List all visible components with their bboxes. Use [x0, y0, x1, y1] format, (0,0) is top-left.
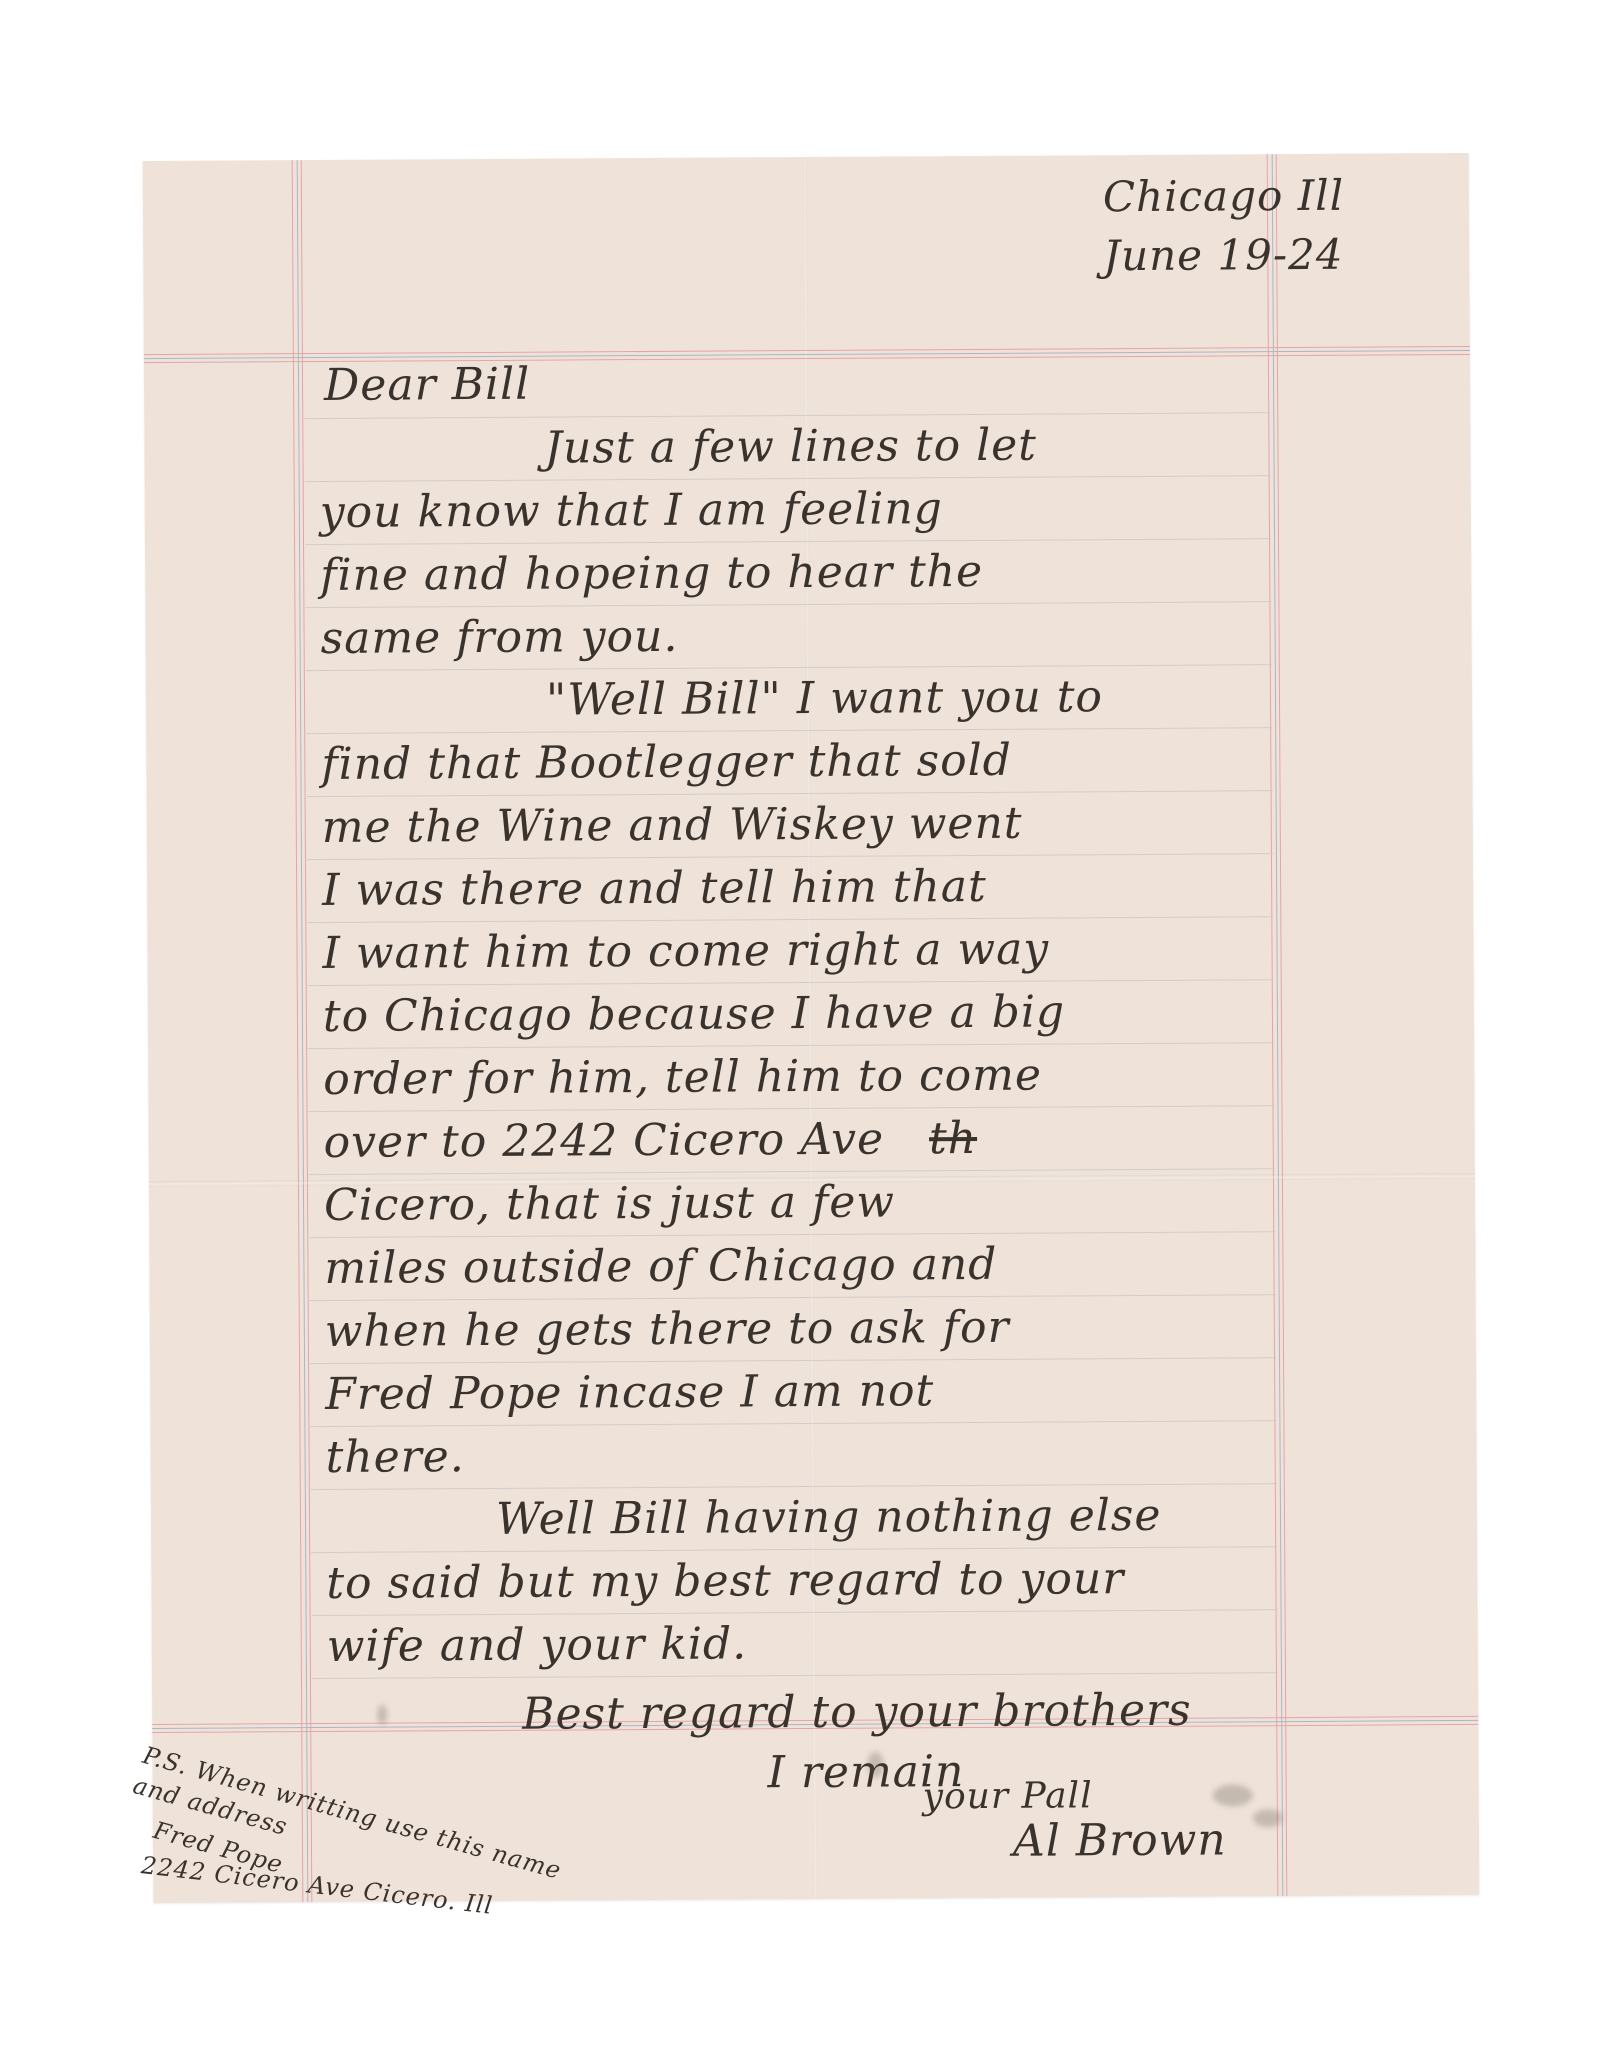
- body-line-14: miles outside of Chicago and: [324, 1239, 997, 1294]
- body-line-6: find that Bootlegger that sold: [321, 735, 1012, 790]
- ruled-line: [308, 1105, 1274, 1112]
- ink-smudge: [867, 1752, 883, 1778]
- ruled-line: [306, 664, 1272, 671]
- ruled-line: [309, 1231, 1275, 1238]
- body-line-5: "Well Bill" I want you to: [546, 671, 1103, 725]
- ruled-line: [305, 475, 1271, 482]
- salutation: Dear Bill: [324, 359, 530, 411]
- ruled-line: [310, 1294, 1276, 1301]
- body-line-19: to said but my best regard to your: [326, 1553, 1124, 1609]
- body-line-11: order for him, tell him to come: [323, 1050, 1042, 1105]
- ink-smudge: [1253, 1809, 1283, 1827]
- body-line-15: when he gets there to ask for: [325, 1302, 1010, 1357]
- ruled-line: [310, 1420, 1276, 1427]
- ruled-line: [307, 853, 1273, 860]
- body-line-12-text: over to 2242 Cicero Ave: [324, 1114, 885, 1168]
- letter-paper: Chicago Ill June 19-24 Dear Bill Just a …: [143, 153, 1480, 1903]
- ruled-line: [312, 1672, 1278, 1679]
- ruled-line: [311, 1546, 1277, 1553]
- body-line-7: me the Wine and Wiskey went: [322, 798, 1023, 853]
- ruled-line: [309, 1168, 1275, 1175]
- body-line-12: over to 2242 Cicero Ave th: [324, 1113, 978, 1168]
- body-line-16: Fred Pope incase I am not: [325, 1365, 934, 1420]
- body-line-8: I was there and tell him that: [322, 861, 987, 916]
- closing-your-pal: your Pall: [923, 1775, 1093, 1817]
- ruled-line: [305, 538, 1271, 545]
- ruled-line: [308, 979, 1274, 986]
- ink-smudge: [377, 1705, 387, 1725]
- body-line-9: I want him to come right a way: [322, 924, 1049, 979]
- letter-date: June 19-24: [1103, 230, 1344, 280]
- ruled-line: [312, 1609, 1278, 1616]
- ruled-line: [311, 1483, 1277, 1490]
- body-line-2: you know that I am feeling: [320, 483, 943, 538]
- body-line-13: Cicero, that is just a few: [324, 1176, 895, 1230]
- body-line-3: fine and hopeing to hear the: [320, 546, 983, 601]
- struck-word: th: [929, 1113, 977, 1164]
- body-line-17: there.: [325, 1431, 464, 1483]
- ruled-line: [308, 1042, 1274, 1049]
- body-line-4: same from you.: [320, 611, 678, 664]
- ruled-line: [307, 916, 1273, 923]
- ruled-line: [307, 790, 1273, 797]
- postscript-line-4: 2242 Cicero Ave Cicero. Ill: [140, 1851, 495, 1920]
- ruled-line: [305, 601, 1271, 608]
- ruled-line: [306, 727, 1272, 734]
- body-line-20: wife and your kid.: [327, 1618, 748, 1672]
- body-line-1: Just a few lines to let: [544, 420, 1037, 474]
- signature: Al Brown: [1013, 1814, 1227, 1866]
- ruled-line: [310, 1357, 1276, 1364]
- letter-place: Chicago Ill: [1103, 171, 1344, 221]
- body-line-18: Well Bill having nothing else: [496, 1490, 1162, 1545]
- closing-regards: Best regard to your brothers: [522, 1685, 1192, 1740]
- body-line-10: to Chicago because I have a big: [323, 986, 1066, 1042]
- ink-smudge: [1213, 1784, 1253, 1806]
- ruled-line: [304, 412, 1270, 419]
